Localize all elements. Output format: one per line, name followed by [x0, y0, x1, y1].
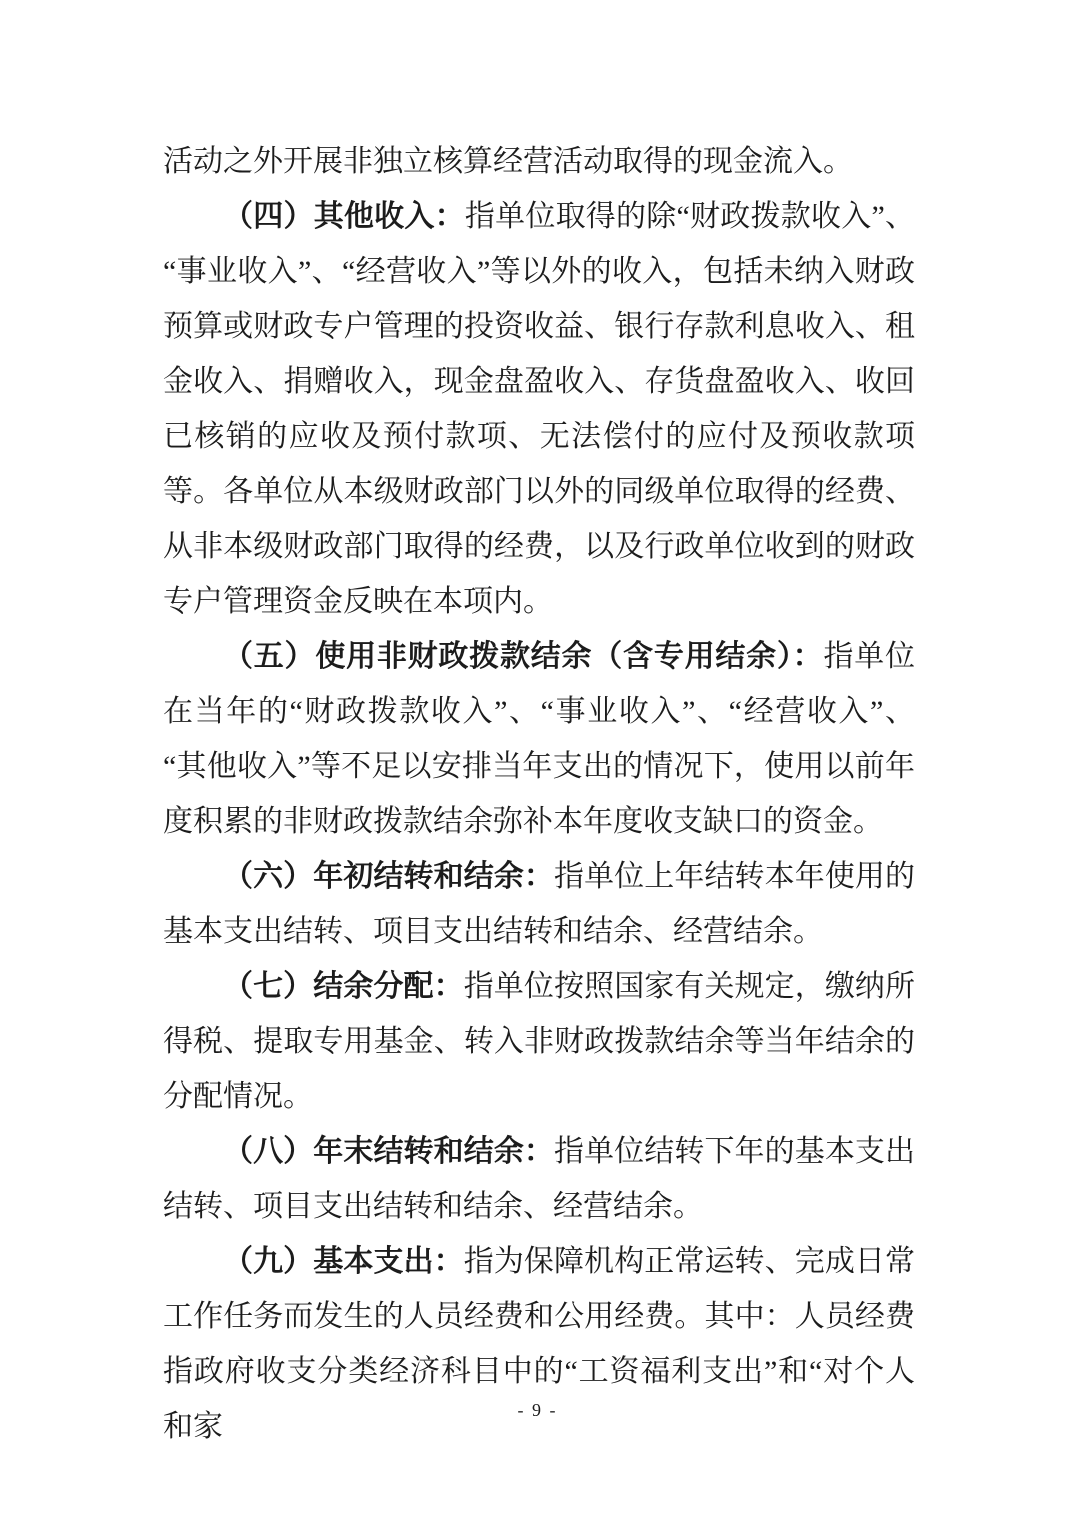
- document-page: 活动之外开展非独立核算经营活动取得的现金流入。（四）其他收入：指单位取得的除“财…: [0, 0, 1075, 1520]
- paragraph: （八）年末结转和结余：指单位结转下年的基本支出结转、项目支出结转和结余、经营结余…: [163, 1124, 915, 1234]
- paragraph-label: （六）年初结转和结余：: [223, 860, 554, 893]
- paragraph: 活动之外开展非独立核算经营活动取得的现金流入。: [163, 134, 915, 189]
- paragraph: （九）基本支出：指为保障机构正常运转、完成日常工作任务而发生的人员经费和公用经费…: [163, 1234, 915, 1454]
- paragraph: （六）年初结转和结余：指单位上年结转本年使用的基本支出结转、项目支出结转和结余、…: [163, 849, 915, 959]
- text-block: 活动之外开展非独立核算经营活动取得的现金流入。（四）其他收入：指单位取得的除“财…: [163, 134, 915, 1454]
- paragraph-text: 活动之外开展非独立核算经营活动取得的现金流入。: [163, 145, 853, 178]
- paragraph: （五）使用非财政拨款结余（含专用结余）：指单位在当年的“财政拨款收入”、“事业收…: [163, 629, 915, 849]
- paragraph-text: 指单位取得的除“财政拨款收入”、“事业收入”、“经营收入”等以外的收入，包括未纳…: [163, 200, 915, 618]
- paragraph-label: （五）使用非财政拨款结余（含专用结余）：: [223, 640, 823, 673]
- paragraph-label: （八）年末结转和结余：: [223, 1135, 554, 1168]
- paragraph-label: （四）其他收入：: [223, 200, 465, 233]
- paragraph-label: （九）基本支出：: [223, 1245, 464, 1278]
- paragraph-label: （七）结余分配：: [223, 970, 464, 1003]
- page-number: - 9 -: [0, 1400, 1075, 1421]
- paragraph: （七）结余分配：指单位按照国家有关规定，缴纳所得税、提取专用基金、转入非财政拨款…: [163, 959, 915, 1124]
- paragraph: （四）其他收入：指单位取得的除“财政拨款收入”、“事业收入”、“经营收入”等以外…: [163, 189, 915, 629]
